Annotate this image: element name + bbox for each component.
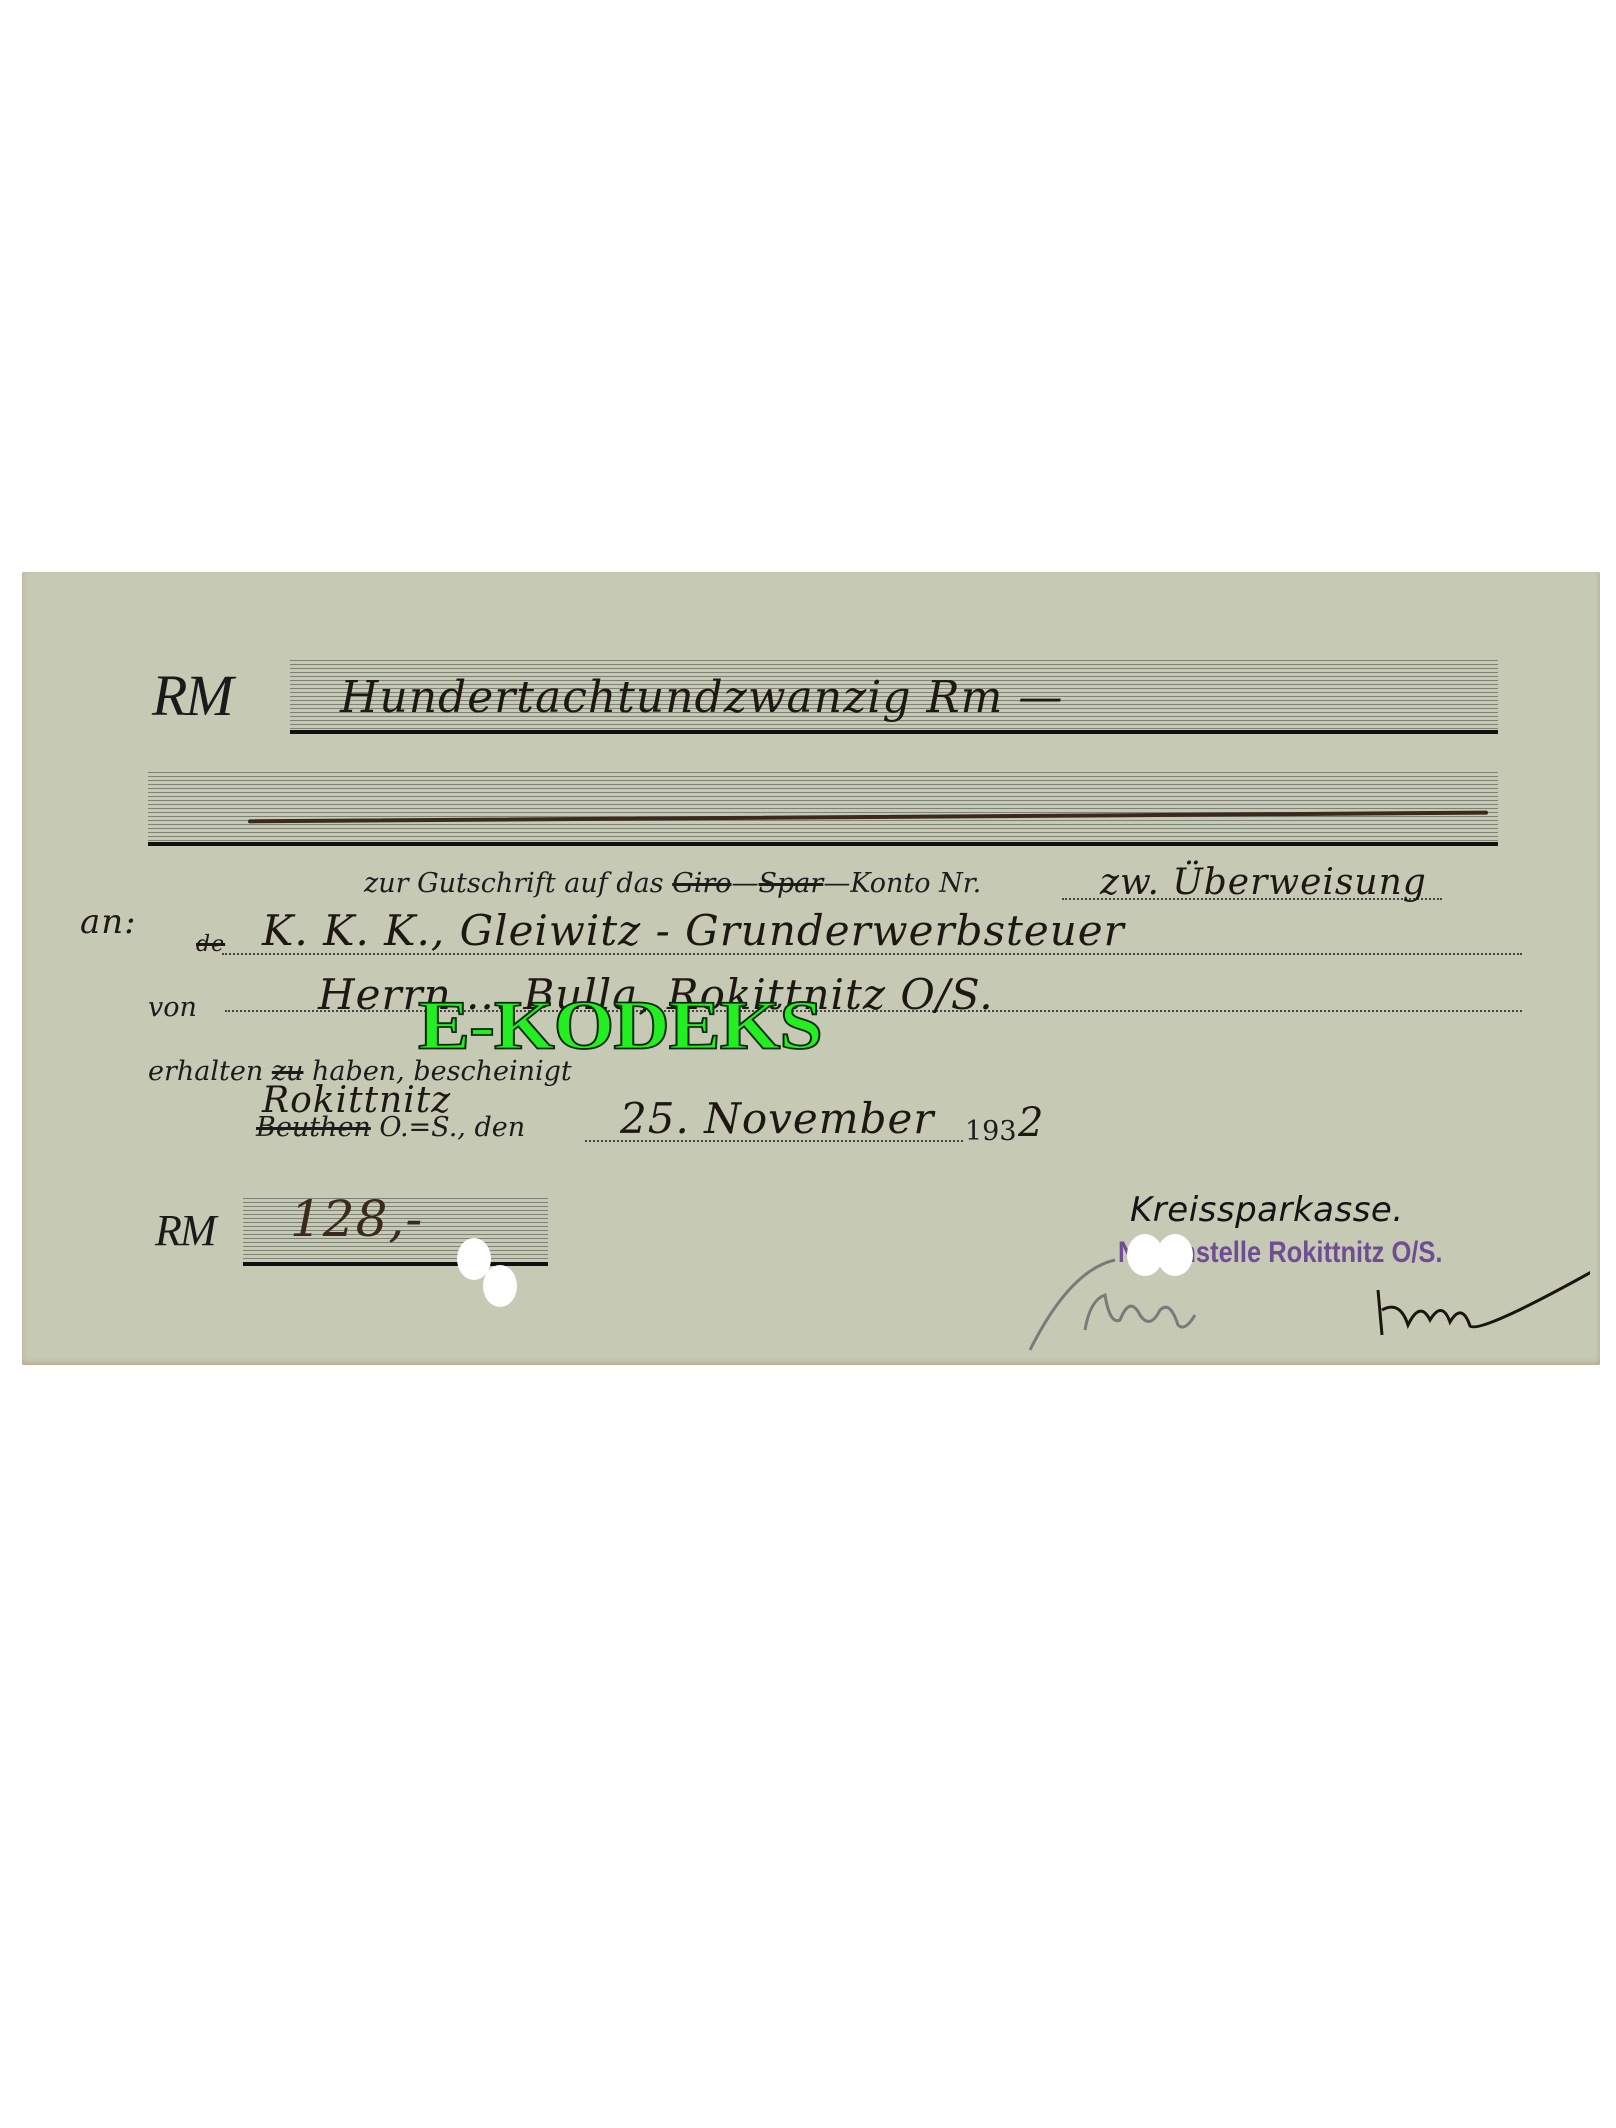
account-handwritten: zw. Überweisung	[1100, 862, 1427, 903]
region-den: O.=S., den	[379, 1112, 525, 1143]
from-label: von	[148, 992, 197, 1023]
currency-label-bottom: RM	[155, 1205, 215, 1256]
currency-label-top: RM	[152, 662, 232, 729]
giro-struck: Giro	[672, 868, 731, 899]
confirmation-prefix: erhalten	[148, 1056, 263, 1087]
dash: —	[732, 868, 759, 899]
amount-words-continuation-field	[148, 772, 1498, 846]
recipient-value: K. K. K., Gleiwitz - Grunderwerbsteuer	[262, 906, 1125, 955]
spar-struck: Spar	[759, 868, 824, 899]
date-handwritten: 25. November	[620, 1094, 934, 1143]
issuer-name: Kreissparkasse.	[1130, 1190, 1404, 1230]
punch-hole	[1157, 1234, 1193, 1276]
account-line-text: zur Gutschrift auf das Giro—Spar—Konto N…	[364, 868, 981, 899]
account-prefix: zur Gutschrift auf das	[364, 868, 664, 899]
place-printed-struck: Beuthen	[256, 1112, 371, 1143]
watermark-e-kodeks: E-KODEKS	[418, 990, 822, 1060]
place-date-printed: Beuthen O.=S., den	[256, 1112, 525, 1143]
account-suffix: —Konto Nr.	[823, 868, 981, 899]
year-printed: 193	[965, 1116, 1017, 1147]
recipient-label-struck: de	[196, 932, 225, 957]
amount-numeric-value: 128,-	[290, 1190, 423, 1248]
signatures	[1010, 1240, 1590, 1360]
amount-in-words: Hundertachtundzwanzig Rm —	[340, 672, 1063, 723]
punch-hole	[483, 1265, 517, 1307]
year-handwritten: 2	[1018, 1100, 1044, 1146]
recipient-label-handwritten: an:	[80, 902, 137, 942]
